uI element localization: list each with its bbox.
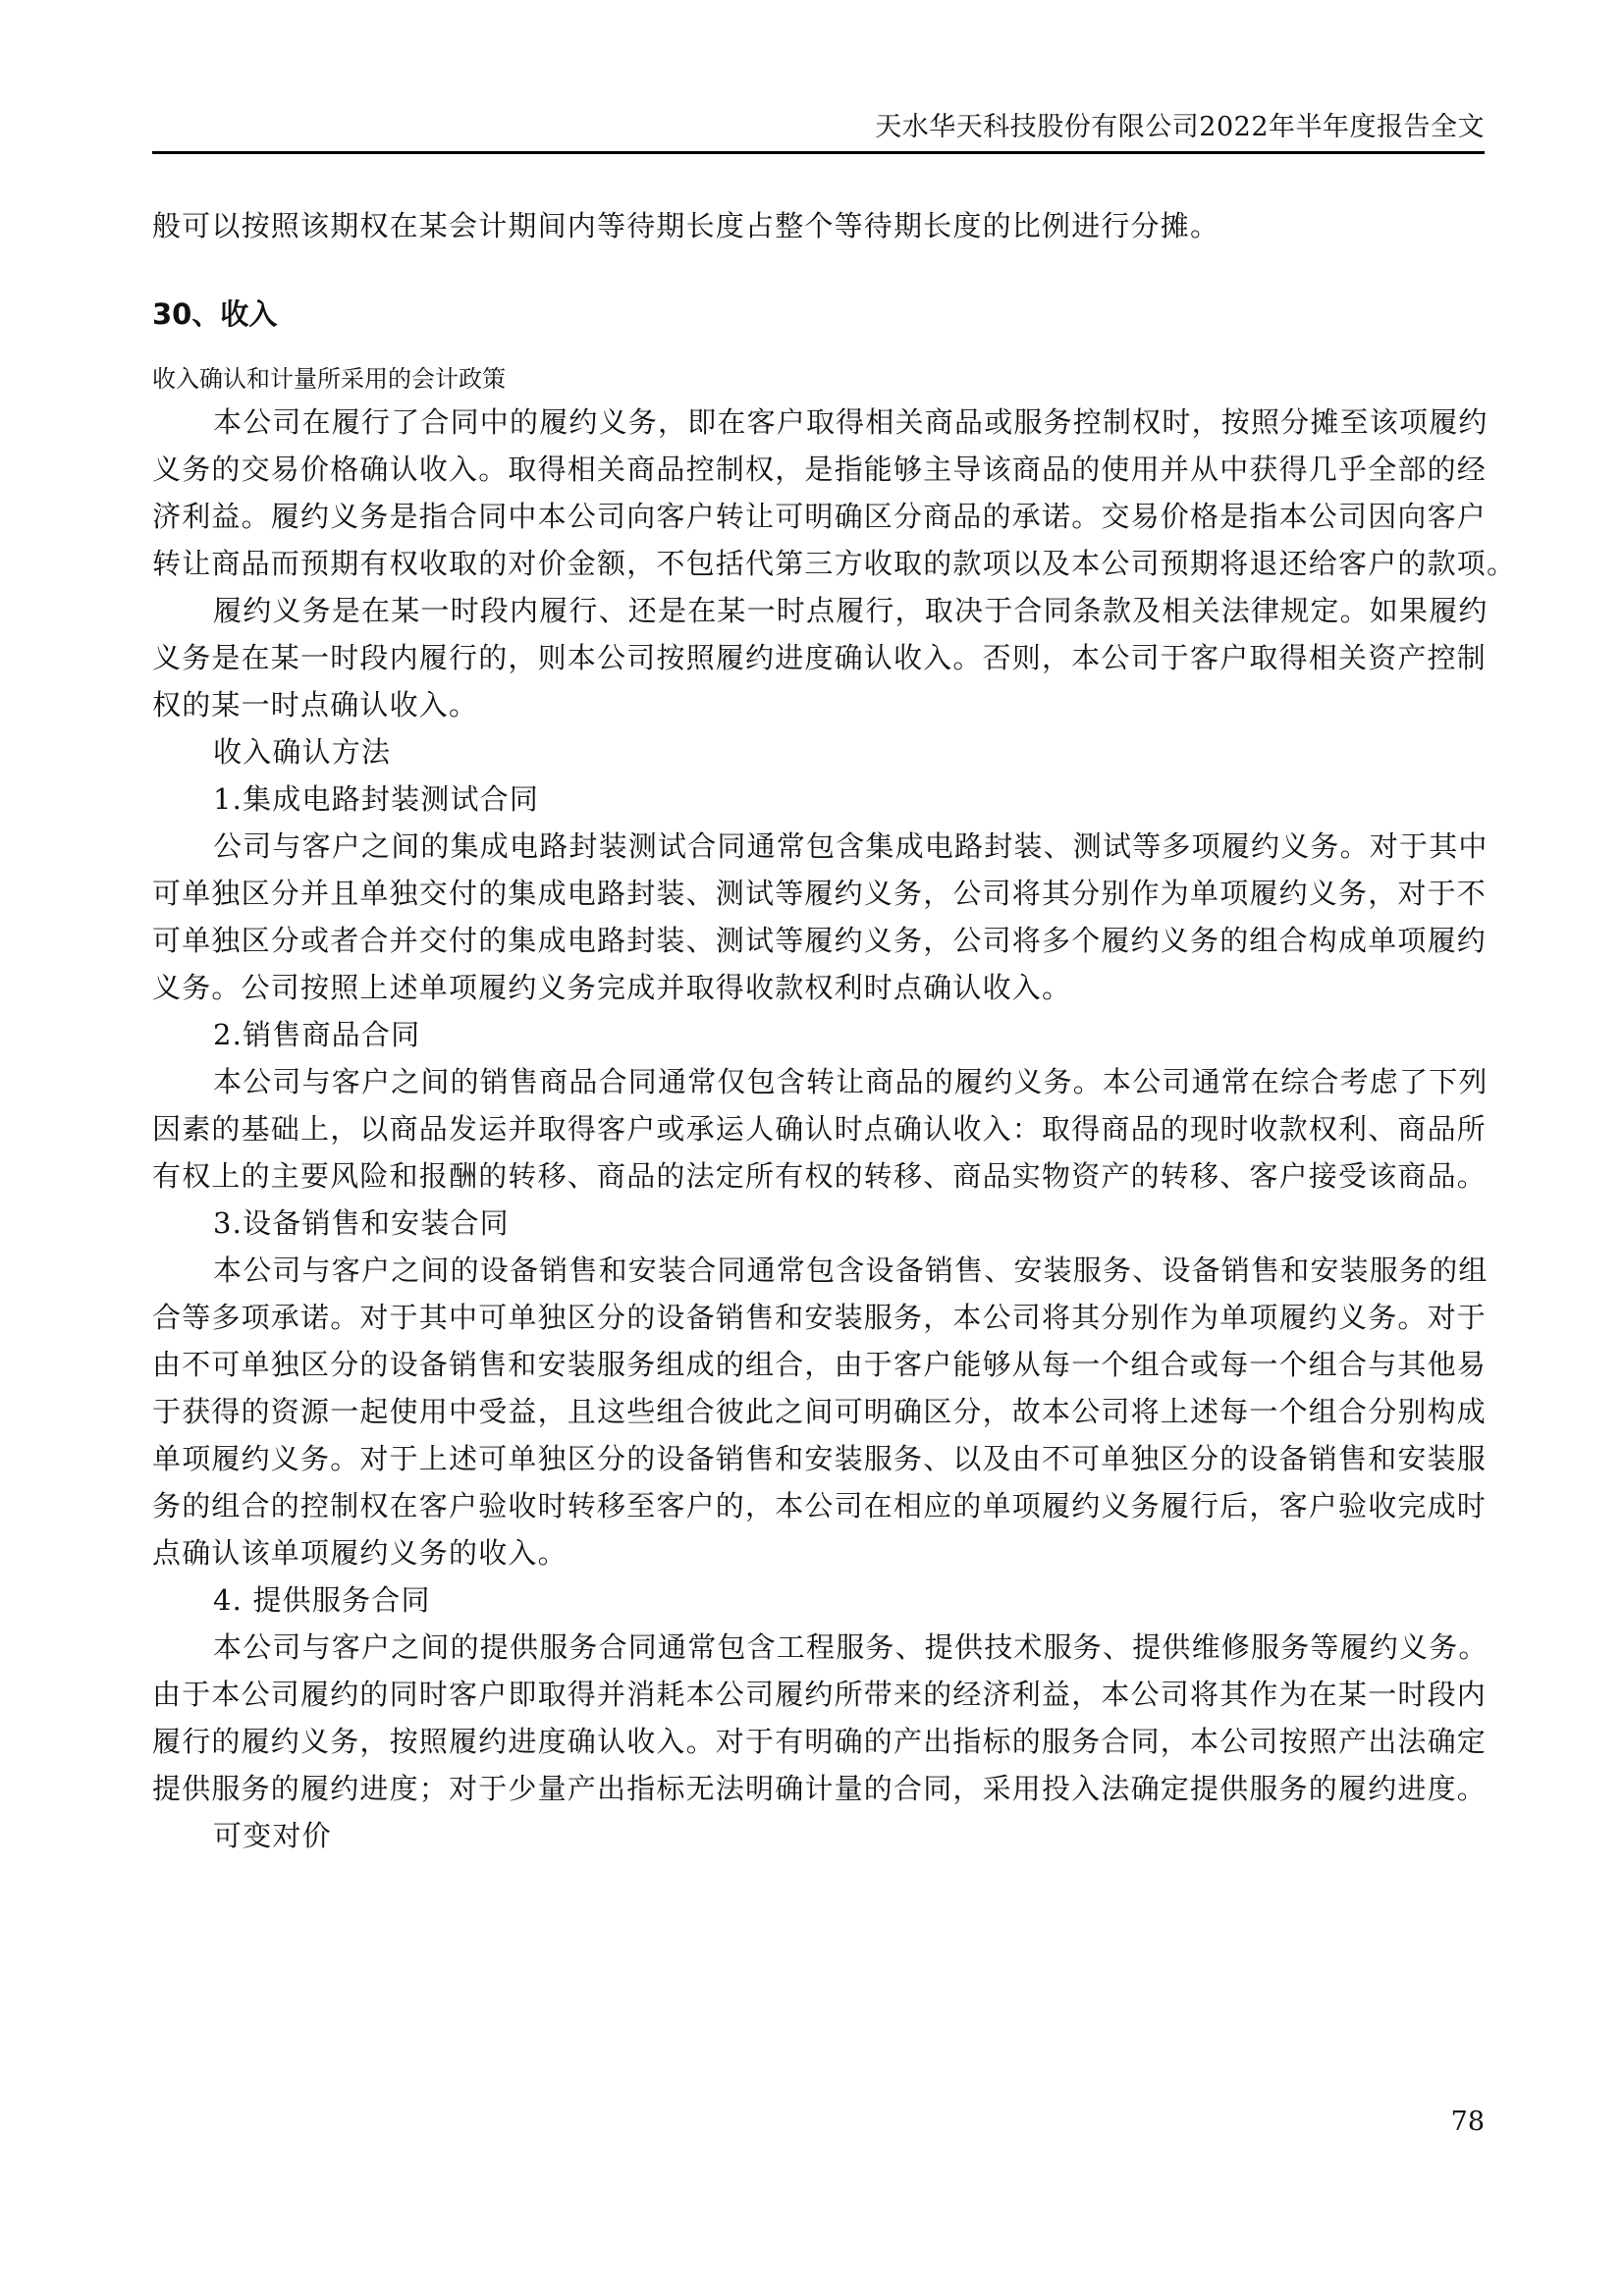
page-header: 天水华天科技股份有限公司2022年半年度报告全文 [152,110,1485,153]
paragraph-line: 转让商品而预期有权收取的对价金额，不包括代第三方收取的款项以及本公司预期将退还给… [152,540,1485,587]
method-heading-1: 1.集成电路封装测试合同 [152,775,1485,823]
subsection-title: 收入确认和计量所采用的会计政策 [152,359,1485,399]
paragraph-line: 点确认该单项履约义务的收入。 [152,1529,1485,1576]
paragraph-line: 履行的履约义务，按照履约进度确认收入。对于有明确的产出指标的服务合同，本公司按照… [152,1718,1485,1765]
paragraph-line: 由不可单独区分的设备销售和安装服务组成的组合，由于客户能够从每一个组合或每一个组… [152,1341,1485,1388]
paragraph-line: 权的某一时点确认收入。 [152,681,1485,728]
paragraph-line: 本公司与客户之间的设备销售和安装合同通常包含设备销售、安装服务、设备销售和安装服… [152,1247,1485,1294]
paragraph-line: 本公司与客户之间的提供服务合同通常包含工程服务、提供技术服务、提供维修服务等履约… [152,1624,1485,1671]
carryover-line: 般可以按照该期权在某会计期间内等待期长度占整个等待期长度的比例进行分摊。 [152,202,1485,249]
method-paragraph-1: 公司与客户之间的集成电路封装测试合同通常包含集成电路封装、测试等多项履约义务。对… [152,823,1485,1011]
paragraph-line: 履约义务是在某一时段内履行、还是在某一时点履行，取决于合同条款及相关法律规定。如… [152,587,1485,634]
header-title: 天水华天科技股份有限公司2022年半年度报告全文 [875,110,1485,145]
page-body: 般可以按照该期权在某会计期间内等待期长度占整个等待期长度的比例进行分摊。 30、… [152,202,1485,1859]
paragraph-line: 可单独区分并且单独交付的集成电路封装、测试等履约义务，公司将其分别作为单项履约义… [152,870,1485,917]
paragraph-line: 提供服务的履约进度；对于少量产出指标无法明确计量的合同，采用投入法确定提供服务的… [152,1765,1485,1812]
method-heading-3: 3.设备销售和安装合同 [152,1200,1485,1247]
section-title: 30、收入 [152,291,1485,338]
intro-paragraph-2: 履约义务是在某一时段内履行、还是在某一时点履行，取决于合同条款及相关法律规定。如… [152,587,1485,728]
paragraph-line: 义务。公司按照上述单项履约义务完成并取得收款权利时点确认收入。 [152,964,1485,1011]
paragraph-line: 合等多项承诺。对于其中可单独区分的设备销售和安装服务，本公司将其分别作为单项履约… [152,1294,1485,1341]
paragraph-line: 由于本公司履约的同时客户即取得并消耗本公司履约所带来的经济利益，本公司将其作为在… [152,1671,1485,1718]
intro-paragraph-1: 本公司在履行了合同中的履约义务，即在客户取得相关商品或服务控制权时，按照分摊至该… [152,399,1485,587]
paragraph-line: 可单独区分或者合并交付的集成电路封装、测试等履约义务，公司将多个履约义务的组合构… [152,917,1485,964]
paragraph-line: 单项履约义务。对于上述可单独区分的设备销售和安装服务、以及由不可单独区分的设备销… [152,1435,1485,1482]
page-number: 78 [1451,2107,1485,2137]
paragraph-line: 义务是在某一时段内履行的，则本公司按照履约进度确认收入。否则，本公司于客户取得相… [152,634,1485,681]
paragraph-line: 本公司在履行了合同中的履约义务，即在客户取得相关商品或服务控制权时，按照分摊至该… [152,399,1485,446]
method-paragraph-3: 本公司与客户之间的设备销售和安装合同通常包含设备销售、安装服务、设备销售和安装服… [152,1247,1485,1576]
paragraph-line: 本公司与客户之间的销售商品合同通常仅包含转让商品的履约义务。本公司通常在综合考虑… [152,1058,1485,1105]
methods-heading: 收入确认方法 [152,728,1485,775]
method-heading-2: 2.销售商品合同 [152,1011,1485,1058]
method-paragraph-2: 本公司与客户之间的销售商品合同通常仅包含转让商品的履约义务。本公司通常在综合考虑… [152,1058,1485,1200]
paragraph-line: 务的组合的控制权在客户验收时转移至客户的，本公司在相应的单项履约义务履行后，客户… [152,1482,1485,1529]
paragraph-line: 义务的交易价格确认收入。取得相关商品控制权，是指能够主导该商品的使用并从中获得几… [152,446,1485,493]
header-divider [152,151,1485,154]
paragraph-line: 因素的基础上，以商品发运并取得客户或承运人确认时点确认收入：取得商品的现时收款权… [152,1105,1485,1152]
method-heading-4: 4. 提供服务合同 [152,1576,1485,1624]
trailing-heading: 可变对价 [152,1812,1485,1859]
paragraph-line: 有权上的主要风险和报酬的转移、商品的法定所有权的转移、商品实物资产的转移、客户接… [152,1152,1485,1200]
method-paragraph-4: 本公司与客户之间的提供服务合同通常包含工程服务、提供技术服务、提供维修服务等履约… [152,1624,1485,1812]
paragraph-line: 济利益。履约义务是指合同中本公司向客户转让可明确区分商品的承诺。交易价格是指本公… [152,493,1485,540]
paragraph-line: 于获得的资源一起使用中受益，且这些组合彼此之间可明确区分，故本公司将上述每一个组… [152,1388,1485,1435]
paragraph-line: 公司与客户之间的集成电路封装测试合同通常包含集成电路封装、测试等多项履约义务。对… [152,823,1485,870]
